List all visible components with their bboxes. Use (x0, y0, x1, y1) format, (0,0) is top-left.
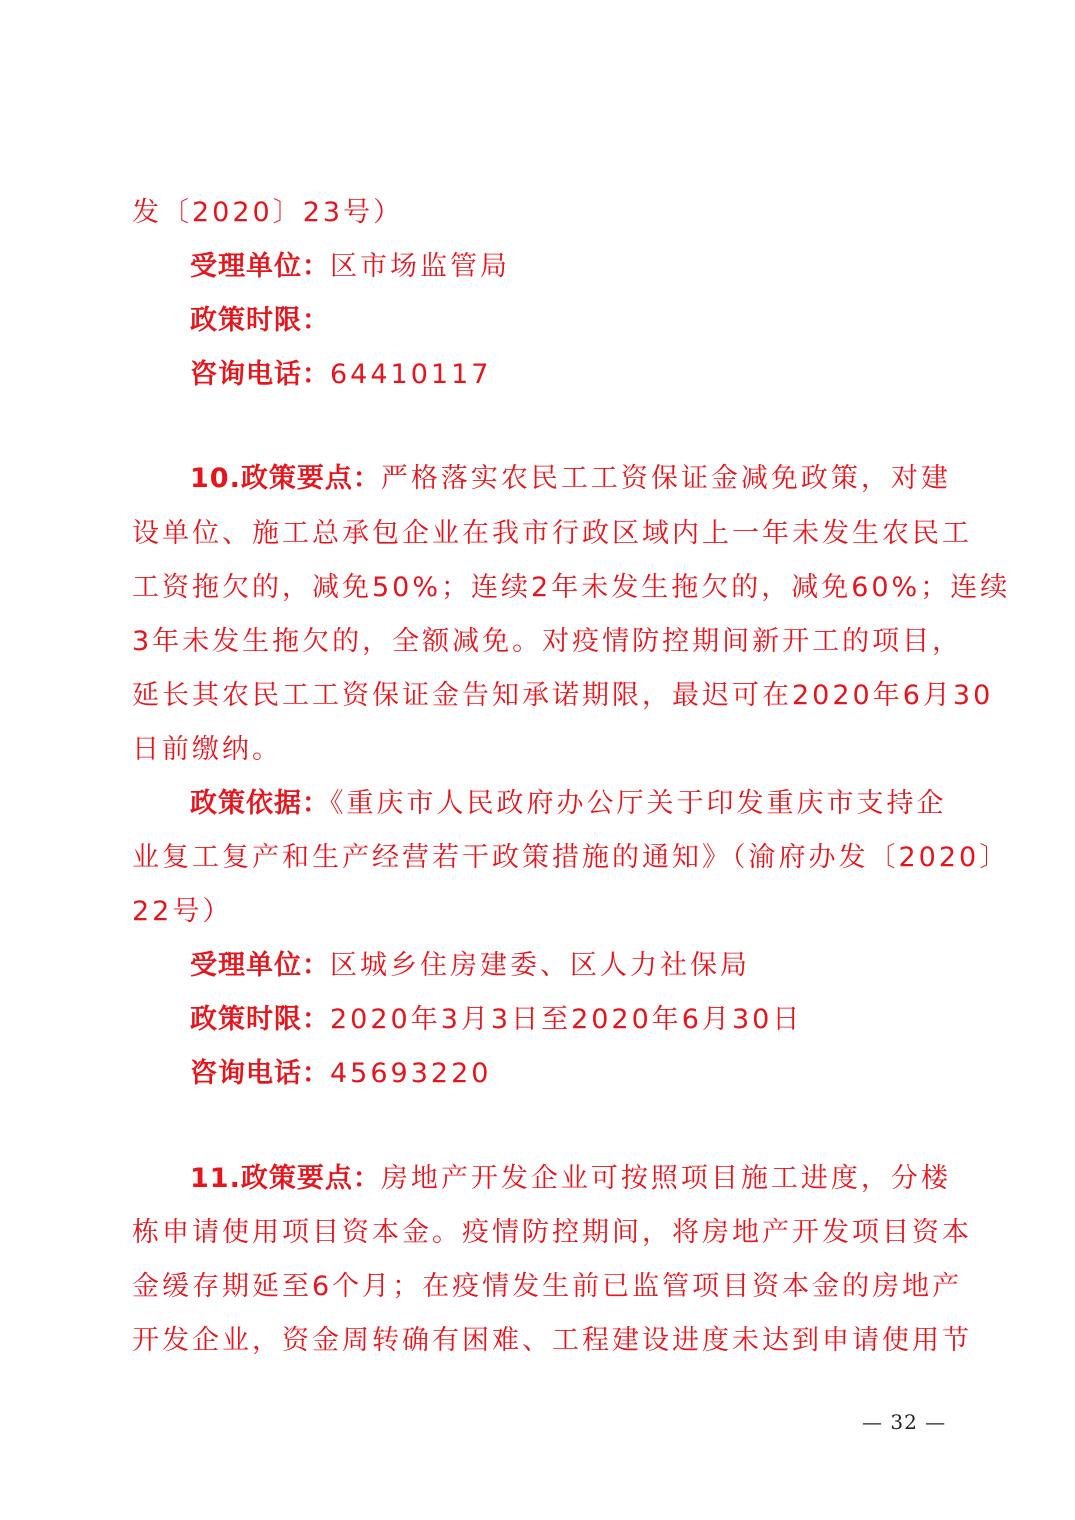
text-line: 日前缴纳。 (132, 733, 282, 767)
text-line: 3年未发生拖欠的，全额减免。对疫情防控期间新开工的项目， (132, 625, 962, 659)
text-line: 设单位、施工总承包企业在我市行政区域内上一年未发生农民工 (132, 517, 972, 551)
phone-line: 咨询电话：45693220 (190, 1057, 491, 1091)
text-line: 发〔2020〕23号） (132, 196, 403, 230)
page-number: — 32 — (862, 1410, 946, 1434)
receiving-unit-line: 受理单位：区市场监管局 (190, 250, 510, 284)
text-line: 22号） (132, 895, 232, 929)
receiving-unit-line: 受理单位：区城乡住房建委、区人力社保局 (190, 949, 750, 983)
text-line: 开发企业，资金周转确有困难、工程建设进度未达到申请使用节 (132, 1324, 972, 1358)
text-line: 栋申请使用项目资本金。疫情防控期间，将房地产开发项目资本 (132, 1216, 972, 1250)
policy-period-line: 政策时限： (190, 304, 330, 338)
text-line: 业复工复产和生产经营若干政策措施的通知》（渝府办发〔2020〕 (132, 841, 1009, 875)
text-line: 延长其农民工工资保证金告知承诺期限，最迟可在2020年6月30 (132, 679, 993, 713)
policy-basis-line: 政策依据：《重庆市人民政府办公厅关于印发重庆市支持企 (190, 787, 947, 821)
phone-line: 咨询电话：64410117 (190, 358, 491, 392)
text-line: 工资拖欠的，减免50%；连续2年未发生拖欠的，减免60%；连续 (132, 571, 1010, 605)
policy-11-point: 11.政策要点：房地产开发企业可按照项目施工进度，分楼 (190, 1162, 951, 1196)
policy-10-point: 10.政策要点：严格落实农民工工资保证金减免政策，对建 (190, 462, 951, 496)
text-line: 金缓存期延至6个月；在疫情发生前已监管项目资本金的房地产 (132, 1270, 962, 1304)
policy-period-line: 政策时限：2020年3月3日至2020年6月30日 (190, 1003, 802, 1037)
